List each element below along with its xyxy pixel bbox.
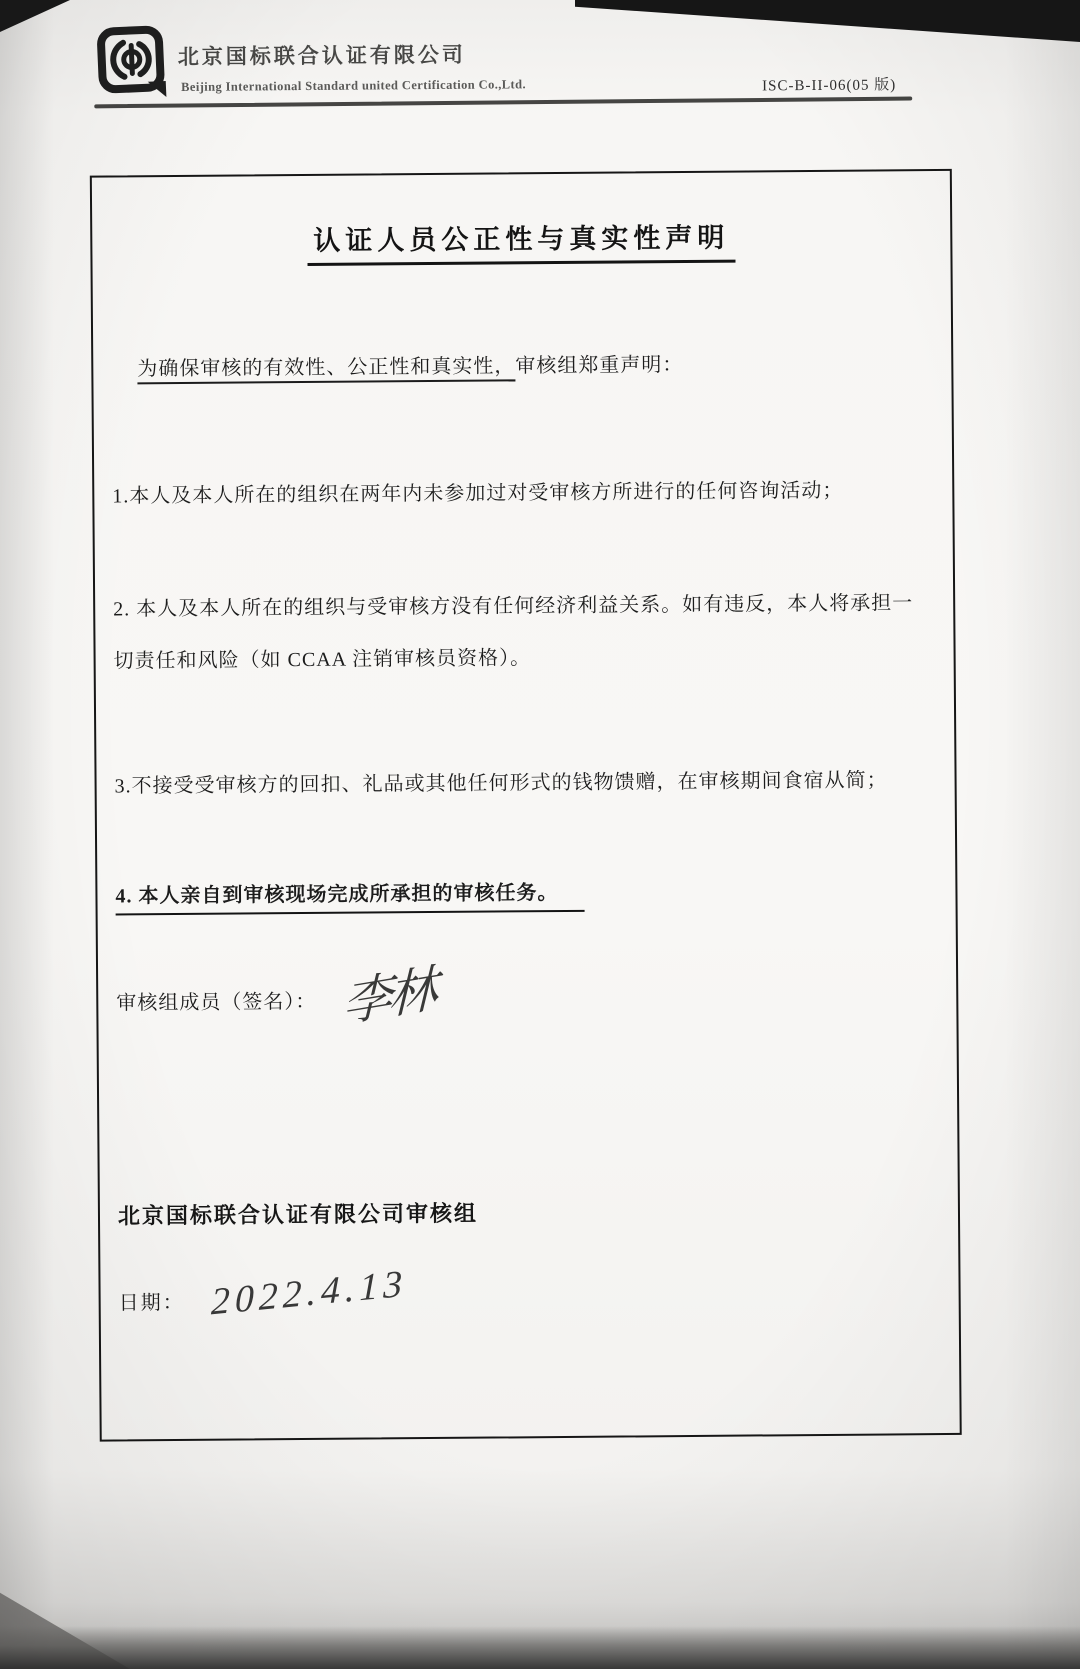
intro-paragraph: 为确保审核的有效性、公正性和真实性，审核组郑重声明： — [137, 346, 925, 386]
signature-label: 审核组成员（签名）： — [116, 971, 316, 1016]
title-row: 认证人员公正性与真实性声明 — [92, 214, 950, 268]
intro-underlined-text: 为确保审核的有效性、公正性和真实性， — [137, 355, 515, 384]
signature-row: 审核组成员（签名）： 李林 — [116, 970, 434, 1030]
intro-rest-text: 审核组郑重声明： — [515, 354, 683, 377]
document-code: ISC-B-II-06(05 版) — [762, 73, 896, 95]
company-logo-icon — [95, 24, 174, 103]
document-content: 北京国标联合认证有限公司 Beijing International Stand… — [0, 0, 1080, 1669]
scanned-page-photo: 北京国标联合认证有限公司 Beijing International Stand… — [0, 0, 1080, 1669]
declaration-item-3: 3.不接受受审核方的回扣、礼品或其他任何形式的钱物馈赠，在审核期间食宿从简； — [114, 763, 928, 803]
handwritten-date: 2022.4.13 — [211, 1262, 408, 1325]
company-name-cn: 北京国标联合认证有限公司 — [178, 39, 466, 71]
item-4-underlined-text: 4. 本人亲自到审核现场完成所承担的审核任务。 — [115, 882, 584, 916]
declaration-item-4: 4. 本人亲自到审核现场完成所承担的审核任务。 — [115, 873, 929, 913]
declaration-item-2: 2. 本人及本人所在的组织与受审核方没有任何经济利益关系。如有违反，本人将承担一… — [113, 577, 928, 687]
declaration-item-1: 1.本人及本人所在的组织在两年内未参加过对受审核方所进行的任何咨询活动； — [112, 473, 926, 513]
header-divider — [94, 97, 912, 109]
company-name-en: Beijing International Standard united Ce… — [181, 77, 526, 95]
date-row: 日期： 2022.4.13 — [118, 1270, 407, 1316]
photo-shadow-bottom-edge — [0, 1626, 1080, 1669]
declaration-frame: 认证人员公正性与真实性声明 为确保审核的有效性、公正性和真实性，审核组郑重声明：… — [90, 169, 962, 1442]
handwritten-signature: 李林 — [343, 948, 434, 1036]
document-title: 认证人员公正性与真实性声明 — [307, 216, 735, 266]
date-label: 日期： — [118, 1272, 184, 1316]
audit-team-line: 北京国标联合认证有限公司审核组 — [118, 1197, 478, 1231]
